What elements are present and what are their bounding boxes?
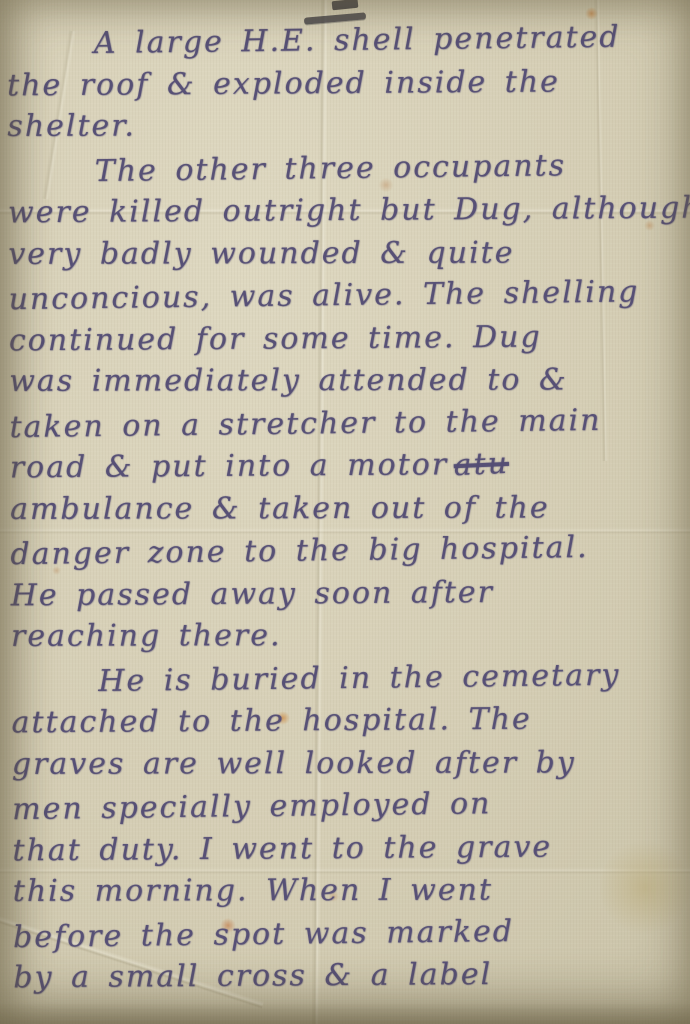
handwritten-line: men specially employed on: [2, 781, 690, 832]
handwritten-line: reaching there.: [1, 614, 690, 658]
handwritten-line: taken on a stretcher to the main: [0, 398, 690, 449]
bottom-edge-shadow: [0, 1002, 690, 1024]
handwritten-line: danger zone to the big hospital.: [0, 526, 690, 577]
handwritten-line: attached to the hospital. The: [1, 698, 690, 745]
handwritten-line: He is buried in the cemetary: [1, 653, 690, 704]
handwritten-line: The other three occupants: [0, 143, 688, 194]
handwritten-text: road & put into a motor: [10, 447, 449, 485]
crossed-out-word: atu: [453, 443, 510, 488]
handwritten-line: by a small cross & a label: [3, 953, 690, 1000]
handwritten-line: very badly wounded & quite: [0, 232, 688, 276]
handwritten-line: road & put into a motoratu: [0, 443, 690, 490]
handwritten-line: the roof & exploded inside the: [0, 60, 687, 107]
handwritten-line: were killed outright but Dug, although: [0, 188, 688, 235]
handwritten-line: shelter.: [0, 104, 687, 148]
handwritten-line: this morning. When I went: [3, 869, 690, 913]
handwritten-line: before the spot was marked: [3, 908, 690, 959]
handwritten-line: unconcious, was alive. The shelling: [0, 271, 689, 322]
handwritten-line: He passed away soon after: [1, 570, 690, 617]
handwritten-line: graves are well looked after by: [2, 742, 690, 786]
handwritten-line: A large H.E. shell penetrated: [0, 16, 687, 67]
handwritten-line: continued for some time. Dug: [0, 315, 689, 362]
handwritten-line: was immediately attended to &: [0, 359, 689, 403]
handwritten-line: ambulance & taken out of the: [0, 487, 690, 531]
handwritten-line: that duty. I went to the grave: [2, 825, 690, 872]
letter-body: A large H.E. shell penetrated the roof &…: [0, 0, 690, 1000]
letter-page: A large H.E. shell penetrated the roof &…: [0, 0, 690, 1024]
